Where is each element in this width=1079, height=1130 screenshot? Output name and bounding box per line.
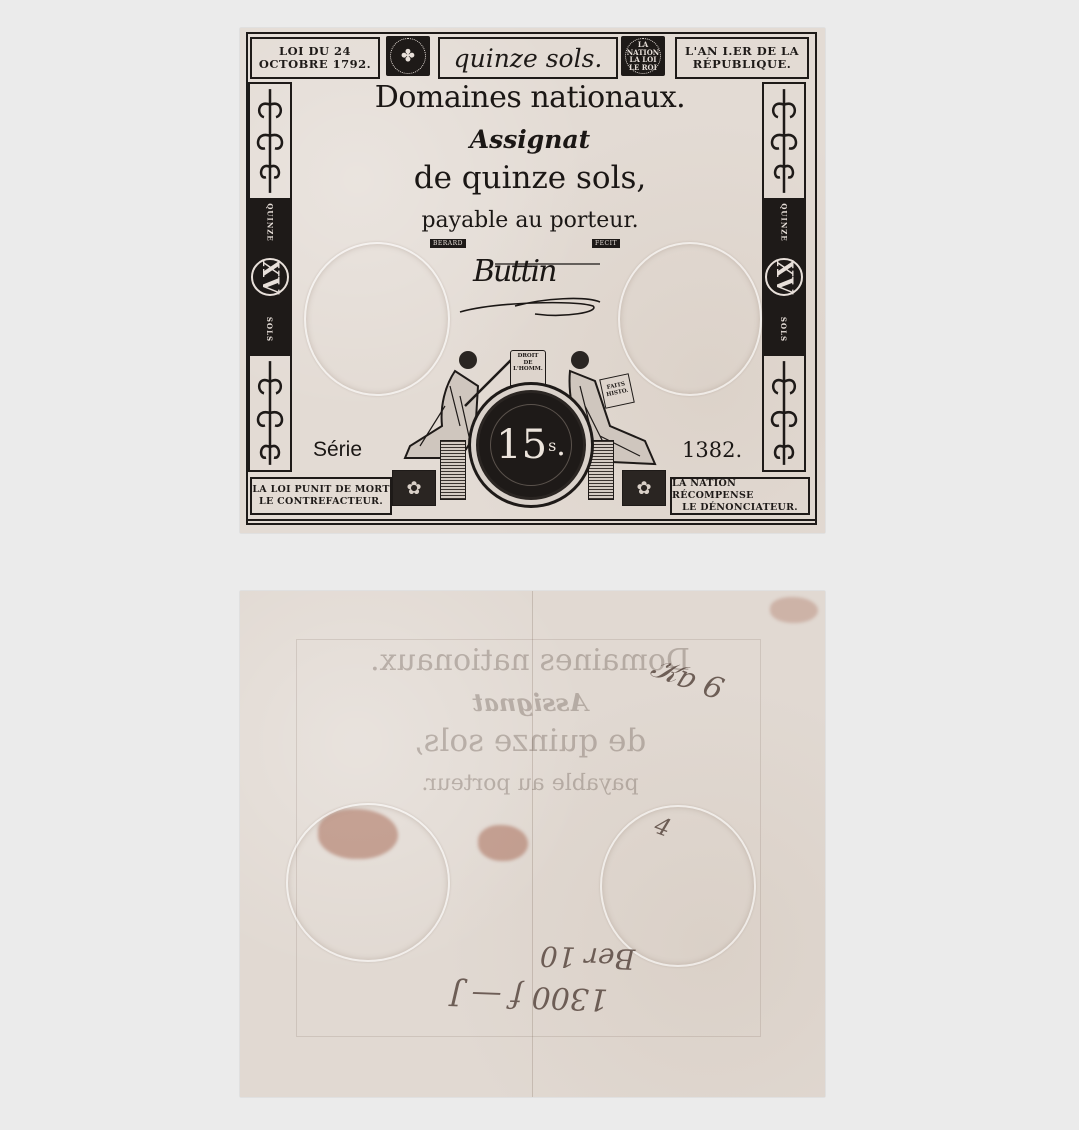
bottom-rule (248, 519, 815, 521)
law-date-box: LOI DU 24 OCTOBRE 1792. (250, 37, 380, 79)
note-subtitle: Assignat (300, 125, 760, 154)
law-date-line-2: OCTOBRE 1792. (259, 58, 371, 71)
handwritten-note-line-2: 1300 f — J (449, 976, 608, 1016)
serie-label: Série (313, 438, 362, 462)
showthrough-payable: payable au porteur. (300, 771, 760, 796)
side-text-quinze: QUINZE (265, 203, 274, 241)
warning-line-1: LA LOI PUNIT DE MORT (252, 484, 389, 496)
denomination-script: quinze sols. (454, 52, 603, 65)
note-title: Domaines nationaux. (300, 80, 760, 115)
foliage-ornament-icon (764, 84, 804, 198)
rosette-right-icon: ✿ (622, 470, 666, 506)
republic-year-box: L'AN I.ER DE LA RÉPUBLIQUE. (675, 37, 809, 79)
xv-numeral: XV (765, 258, 803, 296)
rosette-left-icon: ✿ (392, 470, 436, 506)
left-ornamental-border: QUINZE XV SOLS (248, 82, 292, 472)
side-text-sols: SOLS (779, 317, 788, 342)
denomination-box: quinze sols. (438, 37, 618, 79)
fleur-de-lys-seal-icon: ✤ (386, 36, 430, 76)
stain-center (478, 825, 528, 861)
tablet-text-3: L'HOMM. (511, 366, 545, 373)
informant-reward-box: LA NATION RÉCOMPENSE LE DÉNONCIATEUR. (670, 477, 810, 515)
reward-line-1: LA NATION RÉCOMPENSE (672, 478, 808, 502)
signature-flourish-icon (455, 254, 605, 324)
note-denomination: de quinze sols, (300, 160, 760, 196)
engraver-credit-left: BERARD (430, 239, 466, 248)
right-ornamental-border: QUINZE XV SOLS (762, 82, 806, 472)
handwritten-note-line-1: Ber 10 (539, 939, 635, 975)
value-number: 15 (496, 422, 547, 468)
serie-number: 1382. (682, 438, 742, 462)
counterfeit-warning-box: LA LOI PUNIT DE MORT LE CONTREFACTEUR. (250, 477, 392, 515)
reward-line-2: LE DÉNONCIATEUR. (682, 502, 798, 514)
note-payable: payable au porteur. (300, 208, 760, 233)
signature: Buttin (455, 254, 605, 324)
allegorical-vignette: DROIT DE L'HOMM. FAITS HISTO. ✿ ✿ 15s. (390, 328, 665, 513)
foliage-ornament-icon (250, 84, 290, 198)
value-unit: s (548, 436, 556, 455)
value-medallion: 15s. (476, 390, 586, 500)
side-text-sols: SOLS (265, 317, 274, 342)
pedestal-right (588, 440, 614, 500)
engraver-credit-right: FECIT (592, 239, 620, 248)
side-text-quinze: QUINZE (779, 203, 788, 241)
nation-seal-icon: LA NATION LA LOI LE ROI (621, 36, 665, 76)
xv-panel: QUINZE XV SOLS (764, 198, 804, 356)
history-book-tablet: FAITS HISTO. (599, 373, 635, 409)
pedestal-left (440, 440, 466, 500)
banknote-front: LOI DU 24 OCTOBRE 1792. ✤ quinze sols. L… (240, 28, 825, 533)
foliage-ornament-icon (764, 356, 804, 470)
xv-numeral: XV (251, 258, 289, 296)
xv-panel: QUINZE XV SOLS (250, 198, 290, 356)
foliage-ornament-icon (250, 356, 290, 470)
republic-line-2: RÉPUBLIQUE. (693, 58, 792, 71)
embossed-seal-left (286, 803, 450, 962)
rights-of-man-tablet: DROIT DE L'HOMM. (510, 350, 546, 386)
banknote-back: Domaines nationaux. Assignat de quinze s… (240, 591, 825, 1097)
seal-text-4: LE ROI (629, 64, 657, 72)
showthrough-denomination: de quinze sols, (300, 723, 760, 759)
stain-top-right (770, 597, 818, 623)
warning-line-2: LE CONTREFACTEUR. (259, 496, 383, 508)
